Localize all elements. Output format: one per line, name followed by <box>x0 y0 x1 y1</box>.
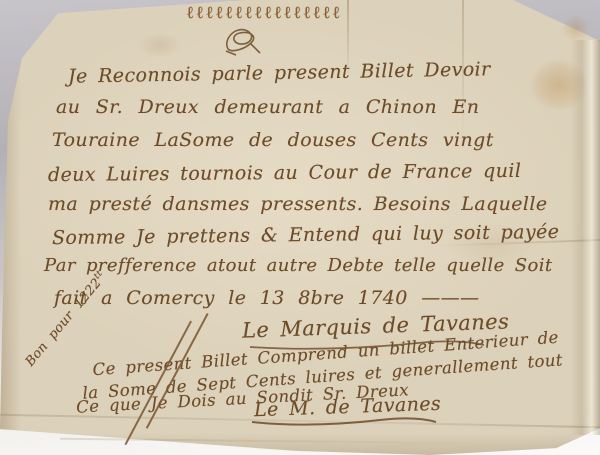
manuscript-line: deux Luires tournois au Cour de France q… <box>48 160 521 186</box>
manuscript-date-line: fait a Comercy le 13 8bre 1740 ——— <box>54 287 479 309</box>
pen-flourish-row: ℓℓℓℓℓℓℓℓℓℓℓℓℓℓℓℓ <box>186 3 342 23</box>
photograph-of-document: ℓℓℓℓℓℓℓℓℓℓℓℓℓℓℓℓ Je Reconnois parle pres… <box>0 0 600 455</box>
paraph-scribble-icon <box>220 22 264 58</box>
signature-underline-flourish <box>250 416 440 428</box>
manuscript-line: ma presté dansmes pressents. Besoins Laq… <box>48 193 548 215</box>
manuscript-line: Touraine LaSome de douses Cents vingt <box>52 129 494 151</box>
manuscript-line: Par prefference atout autre Debte telle … <box>44 255 553 276</box>
manuscript-line: au Sr. Dreux demeurant a Chinon En <box>56 96 479 118</box>
